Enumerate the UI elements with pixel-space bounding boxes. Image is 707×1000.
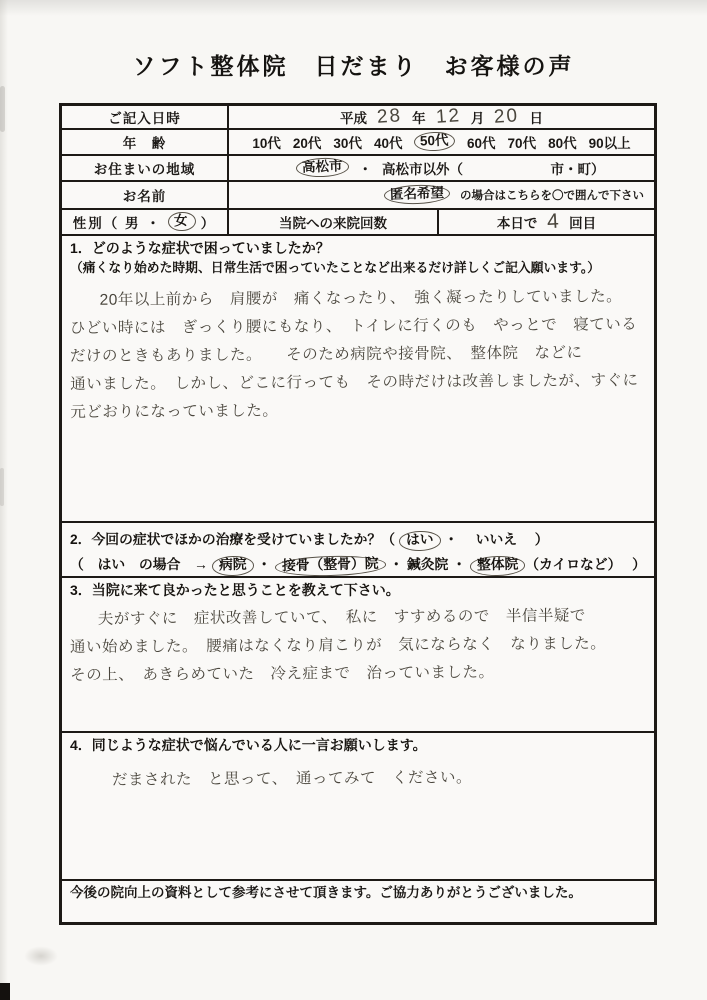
area-separator: ・	[359, 158, 373, 178]
age-option-selected: 50代	[414, 132, 455, 153]
handwritten-day: 20	[494, 105, 521, 129]
section-3-content: 3．当院に来て良かったと思うことを教えて下さい。 夫がすぐに 症状改善していて、…	[62, 578, 654, 731]
options-suffix: ）	[632, 557, 646, 572]
section-2-question-suffix: ）	[535, 532, 549, 547]
option-hospital-selected: 病院	[212, 555, 254, 576]
handwritten-year: 28	[376, 105, 403, 129]
section-2: 2．今回の症状でほかの治療を受けていましたか？（ はい ・ いいえ ） （ はい…	[62, 523, 654, 578]
section-3-handwriting: 夫がすぐに 症状改善していて、 私に すすめるので 半信半疑で 通い始めました。…	[70, 602, 647, 690]
area-row-label: お住まいの地域	[62, 156, 229, 180]
day-unit: 日	[529, 107, 543, 127]
gender-suffix: ）	[201, 212, 217, 232]
option-separator: ・	[452, 557, 466, 572]
gender-visits-row: 性別（ 男 ・ 女 ） 当院への来院回数 本日で 4 回目	[62, 210, 654, 236]
gender-cell: 性別（ 男 ・ 女 ）	[62, 210, 229, 234]
section-2-options: （ はい の場合 → 病院 ・ 接骨（整骨）院 ・ 鍼灸院 ・ 整体院（カイロな…	[70, 553, 646, 576]
section-1-heading: 1．どのような症状で困っていましたか？	[70, 239, 646, 258]
answer-separator: ・	[444, 532, 458, 547]
visits-prefix: 本日で	[497, 212, 538, 232]
visits-label: 当院への来院回数	[229, 210, 439, 234]
footer-note: 今後の院向上の資料として参考にさせて頂きます。ご協力ありがとうございました。	[62, 881, 654, 922]
section-2-heading: 2．今回の症状でほかの治療を受けていましたか？（ はい ・ いいえ ）	[70, 528, 646, 551]
handwritten-visit-count: 4	[547, 210, 560, 235]
section-2-content: 2．今回の症状でほかの治療を受けていましたか？（ はい ・ いいえ ） （ はい…	[62, 523, 654, 576]
area-row-value: 高松市 ・ 高松市以外（ 市・町）	[229, 156, 654, 180]
age-row-label: 年 齢	[62, 130, 229, 154]
handwritten-line: だまされた と思って、 通ってみて ください。	[112, 763, 646, 795]
section-4-content: 4．同じような症状で悩んでいる人に一言お願いします。 だまされた と思って、 通…	[62, 733, 654, 879]
section-4-heading: 4．同じような症状で悩んでいる人に一言お願いします。	[70, 736, 646, 755]
handwritten-line: その上、 あきらめていた 冷え症まで 治っていました。	[70, 658, 646, 690]
answer-yes-selected: はい	[399, 530, 441, 551]
age-option: 80代	[548, 132, 577, 152]
age-option: 60代	[467, 132, 496, 152]
handwritten-line: 通いました。 しかし、どこに行っても その時だけは改善しましたが、すぐに	[70, 367, 646, 399]
handwritten-line: 元どおりになっていました。	[70, 395, 646, 427]
section-2-question: 2．今回の症状でほかの治療を受けていましたか？（	[70, 532, 395, 547]
section-3: 3．当院に来て良かったと思うことを教えて下さい。 夫がすぐに 症状改善していて、…	[62, 578, 654, 733]
option-separator: ・	[257, 557, 271, 572]
option-sekkotsu-selected: 接骨（整骨）院	[275, 555, 386, 577]
name-row: お名前 匿名希望 の場合はこちらを〇で囲んで下さい	[62, 182, 654, 210]
answer-no: いいえ	[476, 532, 517, 547]
year-unit: 年	[412, 107, 426, 127]
section-4-handwriting: だまされた と思って、 通ってみて ください。	[70, 763, 646, 795]
gender-option-selected: 女	[167, 212, 195, 232]
option-separator: ・	[389, 557, 403, 572]
visits-value: 本日で 4 回目	[439, 210, 654, 234]
handwritten-line: ひどい時には ぎっくり腰にもなり、 トイレに行くのも やっとで 寝ている	[70, 311, 646, 343]
handwritten-line: だけのときもありました。 そのため病院や接骨院、 整体院 などに	[70, 339, 646, 371]
name-row-value: 匿名希望 の場合はこちらを〇で囲んで下さい	[229, 182, 654, 208]
gender-option-male: 男	[125, 212, 141, 232]
area-other-suffix: 市・町）	[551, 158, 605, 178]
age-option: 30代	[333, 132, 362, 152]
handwritten-line: 通い始めました。 腰痛はなくなり肩こりが 気にならなく なりました。	[70, 630, 646, 662]
date-row: ご記入日時 平成 28 年 12 月 20 日	[62, 106, 654, 130]
visits-suffix: 回目	[569, 212, 596, 232]
age-option: 20代	[293, 132, 322, 152]
name-row-label: お名前	[62, 182, 229, 208]
option-shinkyu: 鍼灸院	[407, 557, 448, 572]
gender-prefix: 性別（	[73, 212, 120, 232]
area-blank	[473, 158, 541, 178]
handwritten-month: 12	[435, 105, 462, 129]
age-option: 70代	[508, 132, 537, 152]
scan-smudge	[0, 86, 5, 132]
scan-corner-mark	[0, 983, 10, 1000]
section-1-handwriting: 20年以上前から 肩腰が 痛くなったり、 強く凝ったりしていました。 ひどい時に…	[70, 283, 647, 427]
option-seitai-selected: 整体院	[470, 555, 526, 576]
area-option-other: 高松市以外（	[382, 158, 463, 178]
era-label: 平成	[340, 107, 367, 127]
date-row-value: 平成 28 年 12 月 20 日	[229, 106, 654, 128]
area-row: お住まいの地域 高松市 ・ 高松市以外（ 市・町）	[62, 156, 654, 182]
handwritten-line: 夫がすぐに 症状改善していて、 私に すすめるので 半信半疑で	[98, 602, 646, 634]
age-row-options: 10代 20代 30代 40代 50代 60代 70代 80代 90以上	[229, 130, 654, 154]
option-seitai-suffix: （カイロなど）	[525, 557, 614, 572]
scan-smudge	[24, 946, 58, 966]
survey-form-table: ご記入日時 平成 28 年 12 月 20 日 年 齢 10代 20代 30代 …	[59, 103, 657, 925]
footer-row: 今後の院向上の資料として参考にさせて頂きます。ご協力ありがとうございました。	[62, 881, 654, 922]
form-title: ソフト整体院 日だまり お客様の声	[0, 48, 707, 81]
area-option-selected: 高松市	[296, 157, 349, 178]
section-1-subheading: （痛くなり始めた時期、日常生活で困っていたことなど出来るだけ詳しくご記入願います…	[70, 258, 646, 277]
anonymous-note: の場合はこちらを〇で囲んで下さい	[460, 187, 644, 203]
scan-smudge	[0, 468, 4, 506]
scanner-edge-shading	[0, 0, 707, 16]
age-row: 年 齢 10代 20代 30代 40代 50代 60代 70代 80代 90以上	[62, 130, 654, 156]
gender-separator: ・	[146, 212, 162, 232]
section-1: 1．どのような症状で困っていましたか？ （痛くなり始めた時期、日常生活で困ってい…	[62, 236, 654, 523]
options-prefix: （ はい の場合 →	[70, 557, 208, 572]
handwritten-line: 20年以上前から 肩腰が 痛くなったり、 強く凝ったりしていました。	[100, 283, 646, 315]
age-option: 90以上	[589, 132, 631, 152]
age-option: 10代	[252, 132, 281, 152]
month-unit: 月	[471, 107, 485, 127]
section-3-heading: 3．当院に来て良かったと思うことを教えて下さい。	[70, 581, 646, 600]
section-4: 4．同じような症状で悩んでいる人に一言お願いします。 だまされた と思って、 通…	[62, 733, 654, 881]
age-option: 40代	[374, 132, 403, 152]
anonymous-option-selected: 匿名希望	[384, 184, 451, 205]
section-1-content: 1．どのような症状で困っていましたか？ （痛くなり始めた時期、日常生活で困ってい…	[62, 236, 654, 521]
date-row-label: ご記入日時	[62, 106, 229, 128]
